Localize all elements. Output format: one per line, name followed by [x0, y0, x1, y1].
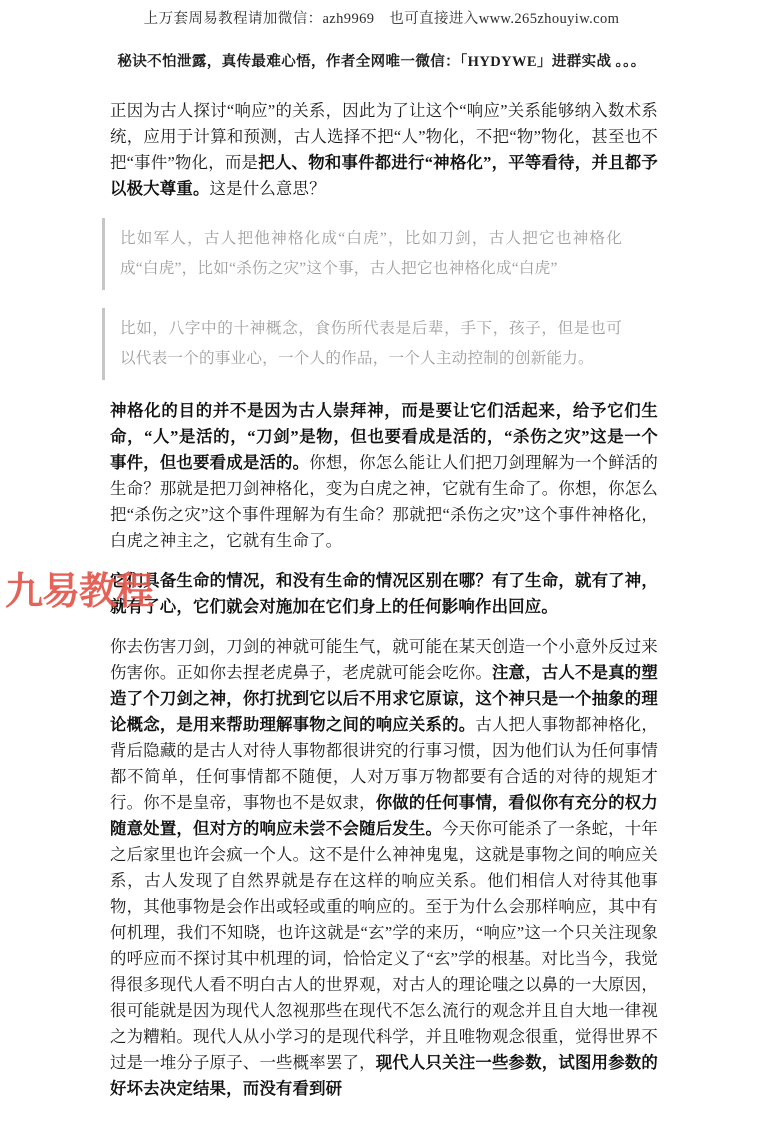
quote-block: 比如，八字中的十神概念，食伤所代表是后辈，手下，孩子，但是也可以代表一个的事业心… — [102, 308, 622, 380]
paragraph: 它们具备生命的情况，和没有生命的情况区别在哪？有了生命，就有了神，就有了心，它们… — [110, 568, 658, 620]
document-body: 正因为古人探讨“响应”的关系，因此为了让这个“响应”关系能够纳入数术系统，应用于… — [110, 98, 658, 1116]
page-number: 7 — [0, 1061, 763, 1077]
header-contact-line: 秘诀不怕泄露，真传最难心悟，作者全网唯一微信：「HYDYWE」进群实战 。。。 — [0, 50, 763, 71]
header-promo-line: 上万套周易教程请加微信：azh9969 也可直接进入www.265zhouyiw… — [0, 7, 763, 28]
document-page: 上万套周易教程请加微信：azh9969 也可直接进入www.265zhouyiw… — [0, 0, 763, 1135]
paragraph: 神格化的目的并不是因为古人崇拜神，而是要让它们活起来，给予它们生命，“人”是活的… — [110, 398, 658, 554]
bold-text-run: 它们具备生命的情况，和没有生命的情况区别在哪？有了生命，就有了神，就有了心，它们… — [110, 571, 658, 616]
text-run: 比如军人，古人把他神格化成“白虎”，比如刀剑，古人把它也神格化成“白虎”，比如“… — [120, 230, 622, 277]
text-run: 比如，八字中的十神概念，食伤所代表是后辈，手下，孩子，但是也可以代表一个的事业心… — [120, 320, 622, 367]
paragraph: 正因为古人探讨“响应”的关系，因此为了让这个“响应”关系能够纳入数术系统，应用于… — [110, 98, 658, 202]
text-run: 今天你可能杀了一条蛇，十年之后家里也许会疯一个人。这不是什么神神鬼鬼，这就是事物… — [110, 819, 658, 1072]
quote-block: 比如军人，古人把他神格化成“白虎”，比如刀剑，古人把它也神格化成“白虎”，比如“… — [102, 218, 622, 290]
text-run: 这是什么意思？ — [210, 179, 326, 198]
paragraph: 你去伤害刀剑，刀剑的神就可能生气，就可能在某天创造一个小意外反过来伤害你。正如你… — [110, 634, 658, 1102]
